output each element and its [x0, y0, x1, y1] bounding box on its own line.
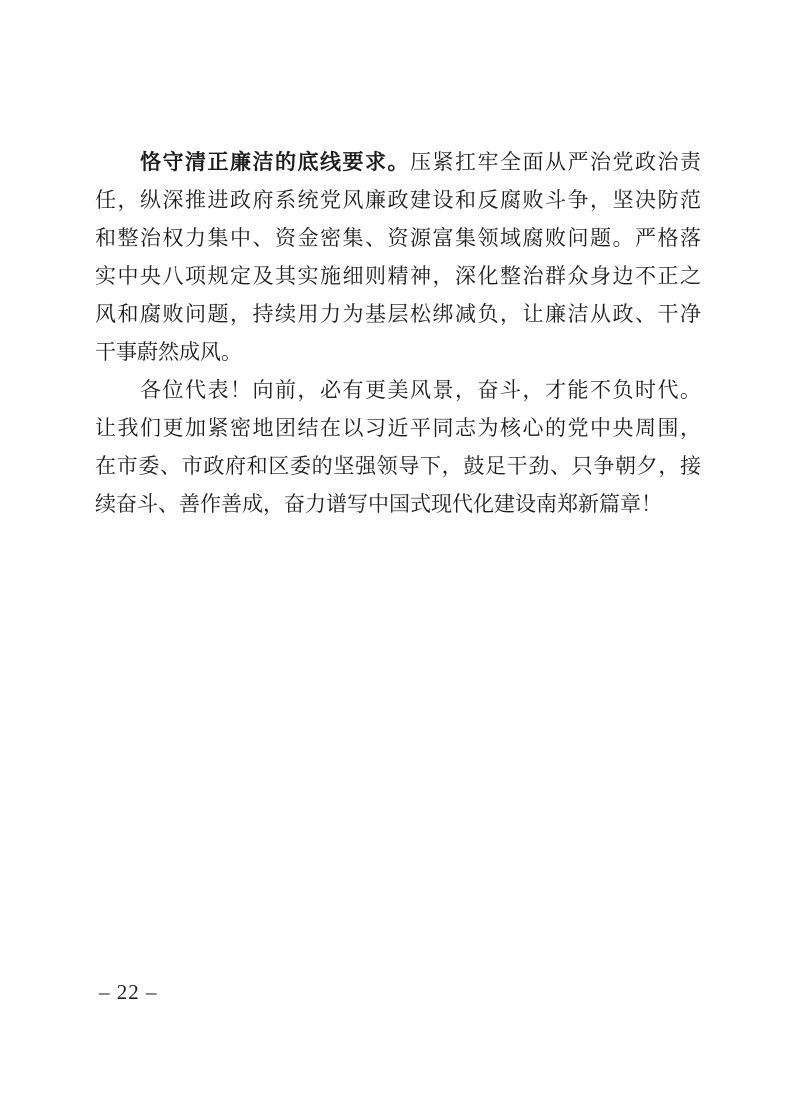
- paragraph-2-line-2: 让我们更加紧密地团结在以习近平同志为核心的党中央周围，: [95, 409, 701, 447]
- paragraph-2-line-4: 续奋斗、善作善成，奋力谱写中国式现代化建设南郑新篇章！: [95, 485, 701, 523]
- paragraph-1-line-4: 实中央八项规定及其实施细则精神，深化整治群众身边不正之: [95, 257, 701, 295]
- paragraph-2-line-3: 在市委、市政府和区委的坚强领导下，鼓足干劲、只争朝夕，接: [95, 447, 701, 485]
- paragraph-1-line-2: 任，纵深推进政府系统党风廉政建设和反腐败斗争，坚决防范: [95, 181, 701, 219]
- page-number: – 22 –: [99, 980, 158, 1004]
- paragraph-1-line-6: 干事蔚然成风。: [95, 333, 701, 371]
- paragraph-2-line-1: 各位代表！向前，必有更美风景，奋斗，才能不负时代。: [95, 371, 701, 409]
- paragraph-1-line-3: 和整治权力集中、资金密集、资源富集领域腐败问题。严格落: [95, 219, 701, 257]
- paragraph-1-line-1: 恪守清正廉洁的底线要求。压紧扛牢全面从严治党政治责: [95, 143, 701, 181]
- body-text-run: 压紧扛牢全面从严治党政治责: [410, 150, 701, 174]
- document-body: 恪守清正廉洁的底线要求。压紧扛牢全面从严治党政治责 任，纵深推进政府系统党风廉政…: [95, 143, 701, 523]
- document-page: 恪守清正廉洁的底线要求。压紧扛牢全面从严治党政治责 任，纵深推进政府系统党风廉政…: [0, 0, 792, 1120]
- bold-lead-sentence: 恪守清正廉洁的底线要求。: [140, 150, 410, 174]
- paragraph-1-line-5: 风和腐败问题，持续用力为基层松绑减负，让廉洁从政、干净: [95, 295, 701, 333]
